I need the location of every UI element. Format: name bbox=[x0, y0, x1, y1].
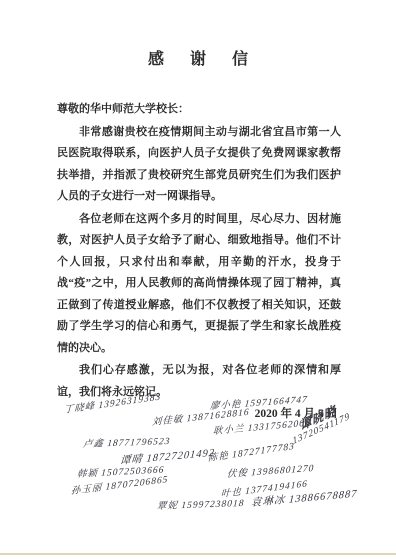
signature-name-phone: 卢鑫 18771796523 bbox=[82, 433, 171, 450]
page-bottom-edge-line bbox=[0, 553, 396, 555]
signature-name-phone: 覃妮 15997238018 bbox=[157, 495, 246, 512]
signature-block: 丁晓峰 13926319383 刘佳敏 13871628816 廖小艳 1597… bbox=[0, 392, 396, 522]
paragraph-1: 非常感谢贵校在疫情期间主动与湖北省宜昌市第一人民医院取得联系，向医护人员子女提供… bbox=[57, 122, 341, 208]
letter-body: 尊敬的华中师范大学校长： 非常感谢贵校在疫情期间主动与湖北省宜昌市第一人民医院取… bbox=[57, 99, 341, 403]
signature-name-phone: 丁晓峰 13926319383 bbox=[64, 388, 162, 416]
paragraph-2: 各位老师在这两个多月的时间里，尽心尽力、因材施教，对医护人员子女给予了耐心、细致… bbox=[57, 209, 341, 360]
letter-title: 感 谢 信 bbox=[0, 46, 396, 69]
signature-name-phone: 廖小艳 15971664747 bbox=[209, 391, 308, 412]
letter-page: 感 谢 信 尊敬的华中师范大学校长： 非常感谢贵校在疫情期间主动与湖北省宜昌市第… bbox=[0, 0, 396, 560]
signature-name-phone: 陈艳 18727177783 bbox=[208, 438, 295, 464]
salutation: 尊敬的华中师范大学校长： bbox=[57, 99, 341, 121]
